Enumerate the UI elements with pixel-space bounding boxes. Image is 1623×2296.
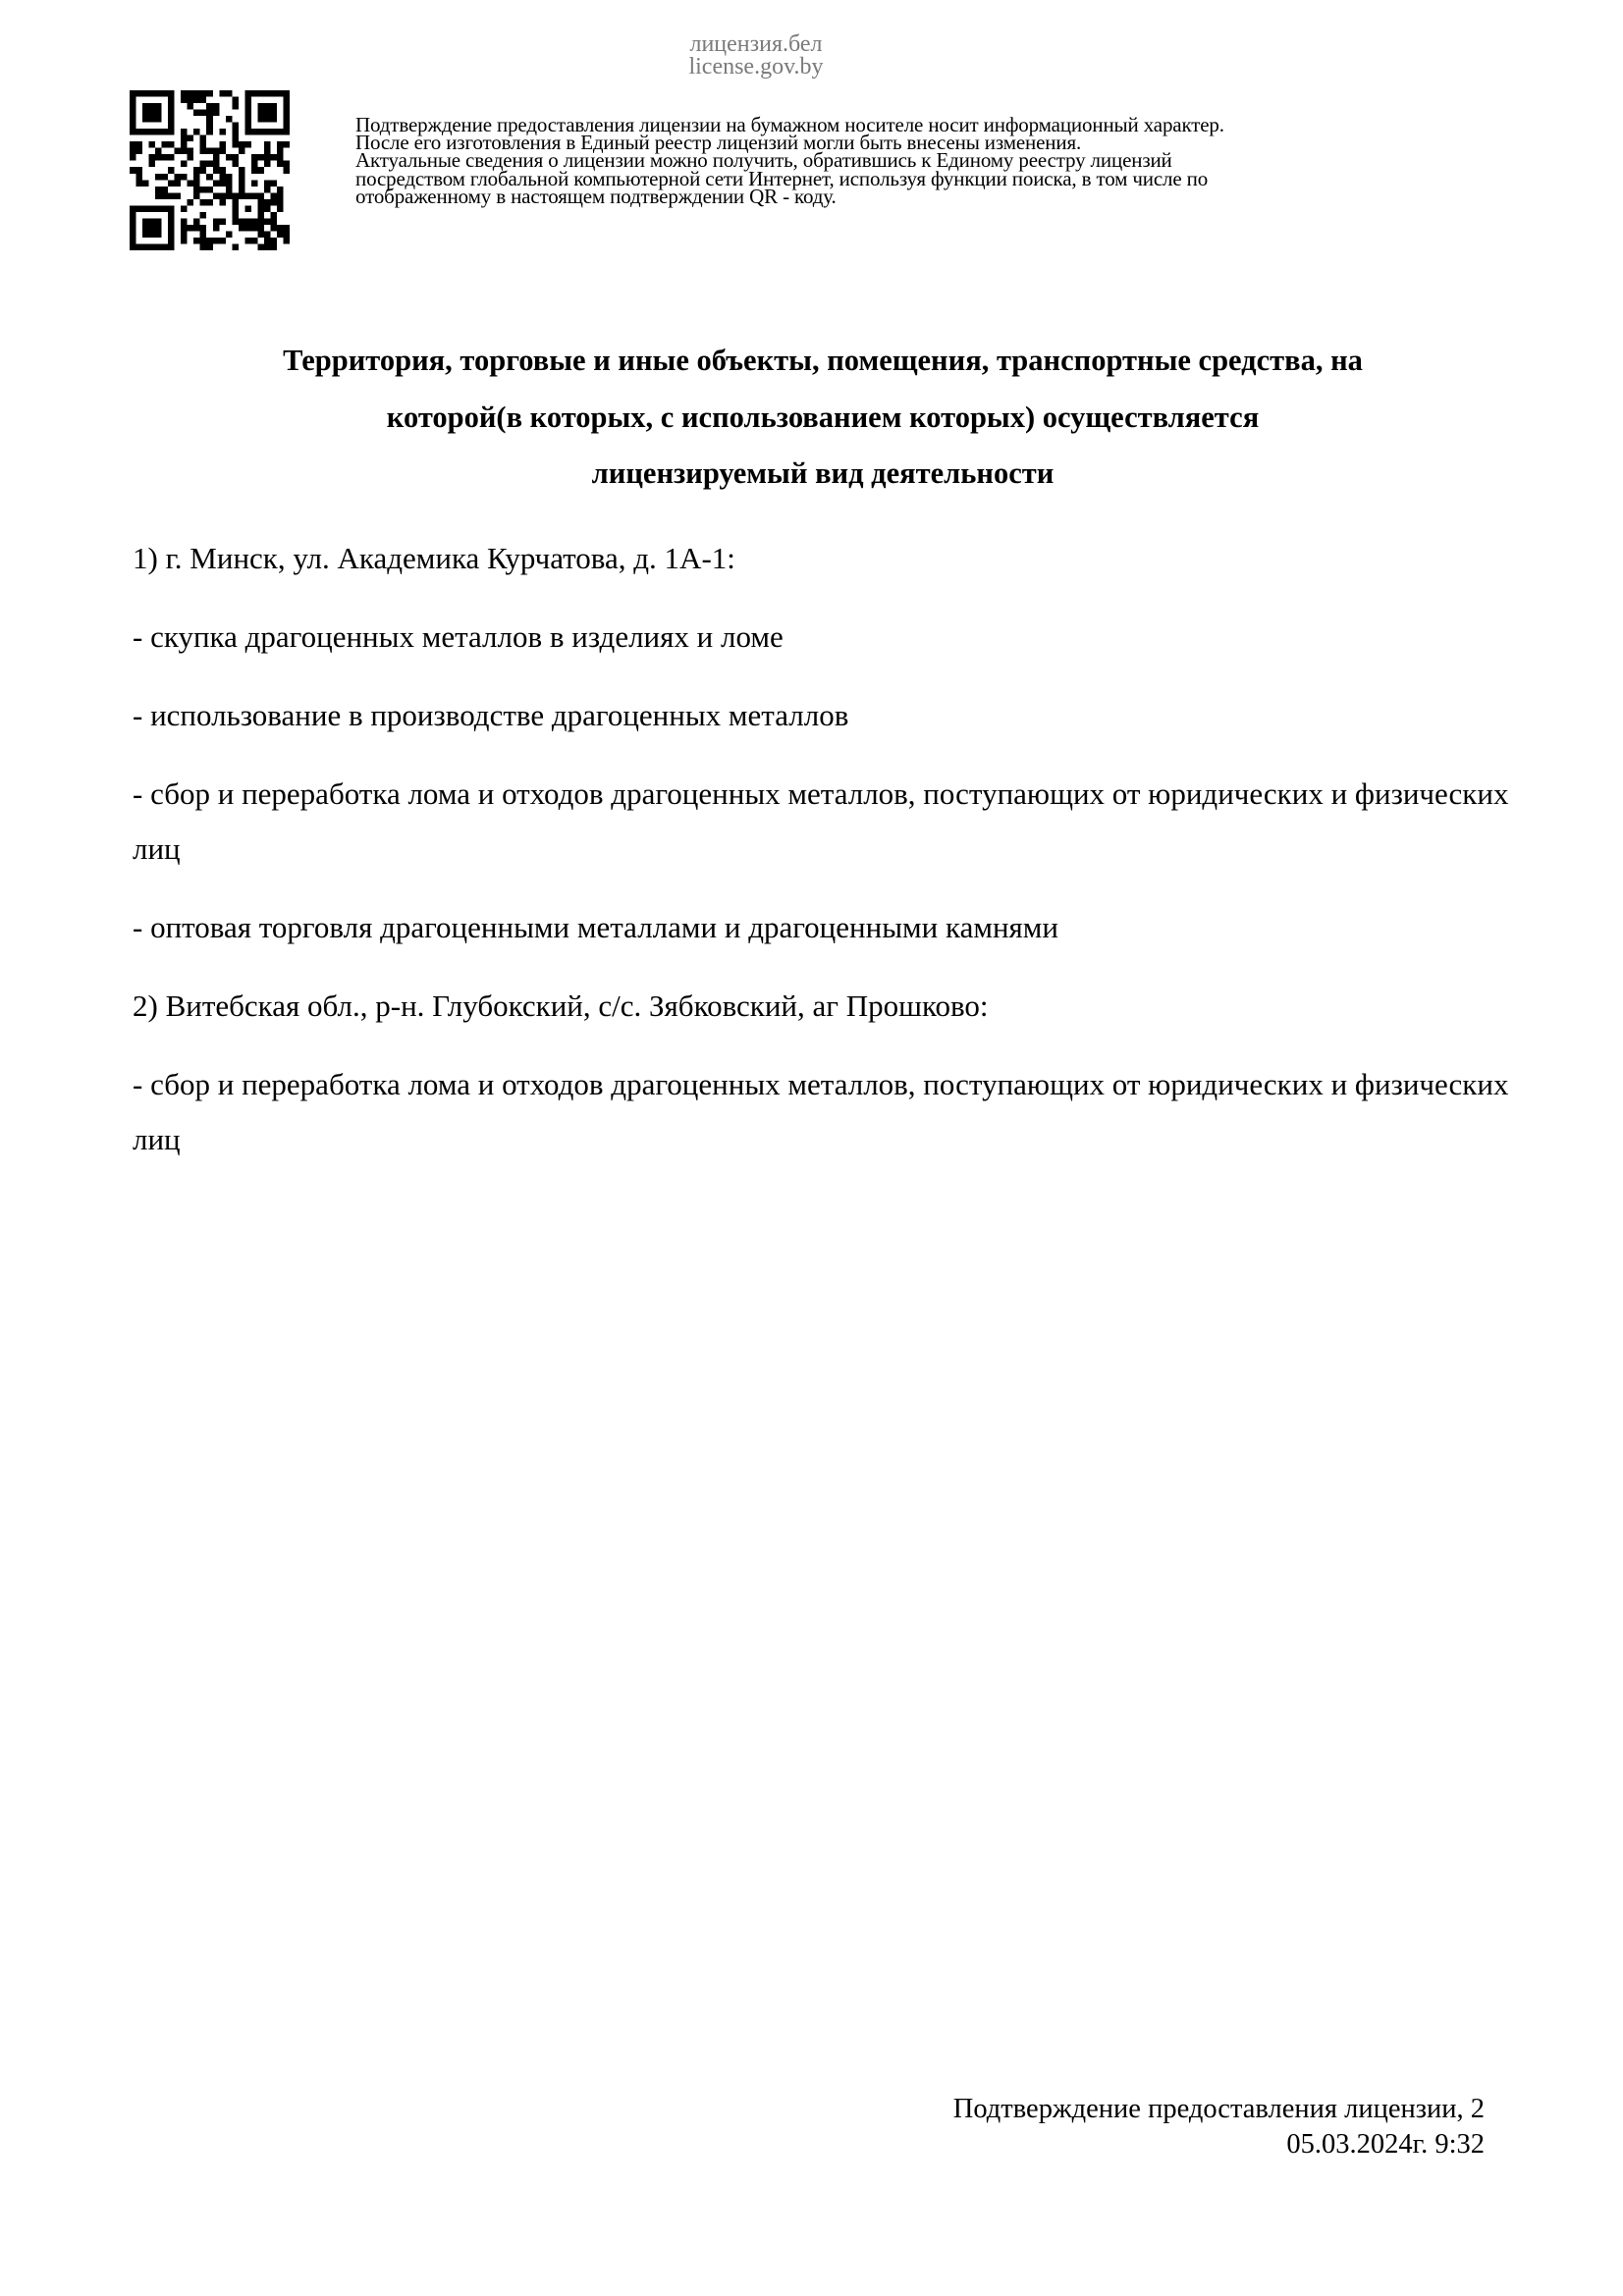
qr-code-icon xyxy=(130,90,290,250)
activity-item: - оптовая торговля драгоценными металлам… xyxy=(133,900,1527,955)
page-footer: Подтверждение предоставления лицензии, 2… xyxy=(953,2092,1485,2163)
activity-list: 1) г. Минск, ул. Академика Курчатова, д.… xyxy=(133,531,1527,1191)
site-name-by: лицензия.бел xyxy=(648,33,864,56)
activity-item: - скупка драгоценных металлов в изделиях… xyxy=(133,610,1527,665)
address-item: 1) г. Минск, ул. Академика Курчатова, д.… xyxy=(133,531,1527,586)
page-title: Территория, торговые и иные объекты, пом… xyxy=(134,333,1512,503)
title-line: лицензируемый вид деятельности xyxy=(134,446,1512,503)
footer-document-label: Подтверждение предоставления лицензии, 2 xyxy=(953,2092,1485,2127)
address-item: 2) Витебская обл., р-н. Глубокский, с/с.… xyxy=(133,979,1527,1034)
title-line: которой(в которых, с использованием кото… xyxy=(134,390,1512,447)
activity-item: - сбор и переработка лома и отходов драг… xyxy=(133,1057,1527,1167)
title-line: Территория, торговые и иные объекты, пом… xyxy=(134,333,1512,390)
activity-item: - сбор и переработка лома и отходов драг… xyxy=(133,767,1527,877)
site-name-latin: license.gov.by xyxy=(648,56,864,79)
disclaimer: Подтверждение предоставления лицензии на… xyxy=(355,116,1553,205)
site-names: лицензия.бел license.gov.by xyxy=(648,33,864,79)
activity-item: - использование в производстве драгоценн… xyxy=(133,688,1527,743)
footer-timestamp: 05.03.2024г. 9:32 xyxy=(953,2127,1485,2163)
